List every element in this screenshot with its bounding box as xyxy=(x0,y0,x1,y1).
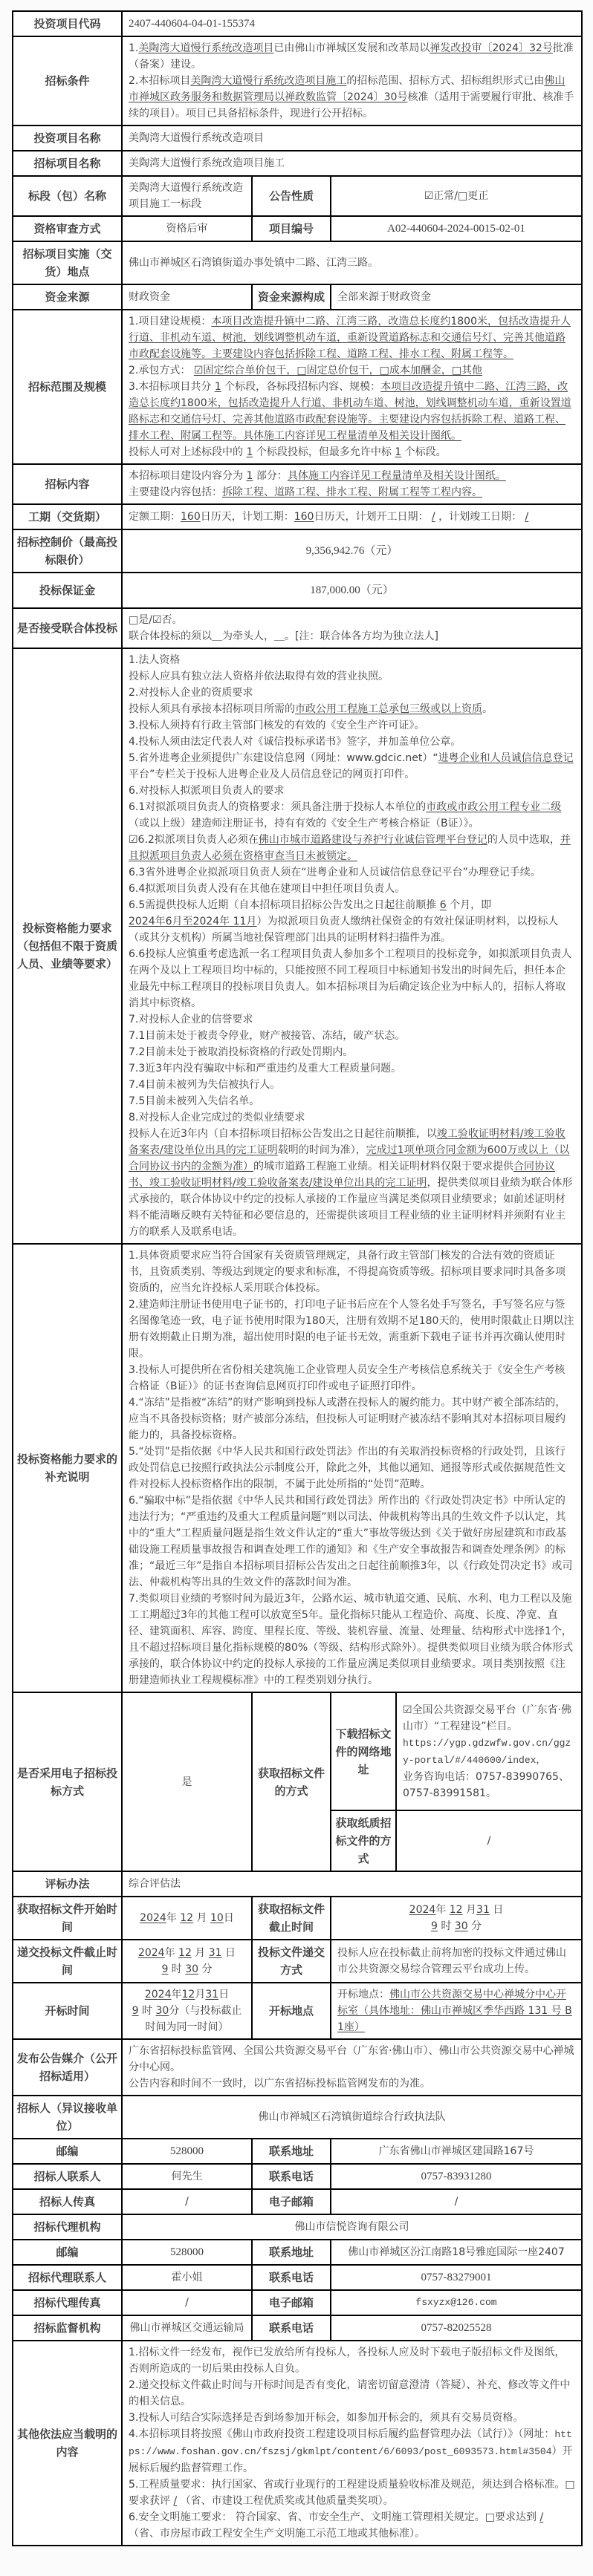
row-content: 招标内容 本招标项目建设内容分为 1 部分：具体施工内容详见工程量清单及相关设计… xyxy=(13,464,582,504)
duration-label: 工期（交货期） xyxy=(13,504,122,529)
capability-supplement-label: 投标资格能力要求的补充说明 xyxy=(13,1244,122,1692)
agency-value: 佛山市信悦咨询有限公司 xyxy=(122,2214,582,2240)
doc-obtain-method-cell: 下载招标文件的网络地址 ☑全国公共资源交易平台（广东省·佛山市）“工程建设”栏目… xyxy=(331,1692,582,1871)
section-name: 美陶湾大道慢行系统改造项目施工一标段 xyxy=(122,176,252,216)
announcement-nature-value: ☑正常/□更正 xyxy=(331,176,582,216)
fund-composition-value: 全部来源于财政资金 xyxy=(331,284,582,310)
agency-fax-value: / xyxy=(122,2290,252,2315)
content-value: 本招标项目建设内容分为 1 部分：具体施工内容详见工程量清单及相关设计图纸。主要… xyxy=(122,464,582,504)
consortium-value: □是/☑否。联合体投标的须以＿为牵头人，＿。[注：联合体各方均为独立法人] xyxy=(122,608,582,648)
row-tender-project-name: 招标项目名称 美陶湾大道慢行系统改造项目施工 xyxy=(13,151,582,176)
row-capability: 投标资格能力要求（包括但不限于资质人员、业绩等要求） 1.法人资格投标人应具有独… xyxy=(13,648,582,1244)
agency-zip-value: 528000 xyxy=(122,2240,252,2265)
paper-doc-label: 获取纸质招标文件的方式 xyxy=(331,1810,396,1871)
evaluation-method-value: 综合评估法 xyxy=(122,1871,582,1897)
agency-email-label: 电子邮箱 xyxy=(252,2290,331,2315)
agency-label: 招标代理机构 xyxy=(13,2214,122,2240)
row-capability-supplement: 投标资格能力要求的补充说明 1.具体资质要求应当符合国家有关资质管理规定，具备行… xyxy=(13,1244,582,1692)
investment-name-label: 投资项目名称 xyxy=(13,125,122,151)
tenderer-fax-value: / xyxy=(122,2189,252,2214)
control-price-label: 招标控制价（最高投标限价） xyxy=(13,529,122,573)
scope-label: 招标范围及规模 xyxy=(13,310,122,464)
row-agency-fax: 招标代理传真 / 电子邮箱 fsxyzx@126.com xyxy=(13,2290,582,2315)
investment-name-value: 美陶湾大道慢行系统改造项目 xyxy=(122,125,582,151)
fund-composition-label: 资金来源构成 xyxy=(252,284,331,310)
agency-contact-value: 霍小姐 xyxy=(122,2265,252,2290)
page: 投资项目代码 2407-440604-04-01-155374 招标条件 1.美… xyxy=(0,0,593,2576)
implementation-site-value: 佛山市禅城区石湾镇街道办事处镇中二路、江湾三路。 xyxy=(122,241,582,284)
tenderer-phone-label: 联系电话 xyxy=(252,2164,331,2189)
row-doc-obtain-time: 获取招标文件开始时间 2024年 12 月 10日 获取招标文件截止时间 202… xyxy=(13,1897,582,1940)
tender-conditions-label: 招标条件 xyxy=(13,36,122,125)
media-value: 广东省招标投标监管网、全国公共资源交易平台（广东省·佛山市）、佛山市公共资源交易… xyxy=(122,2039,582,2096)
row-tender-conditions: 招标条件 1.美陶湾大道慢行系统改造项目已由佛山市禅城区发展和改革局以禅发改投审… xyxy=(13,36,582,125)
row-control-price: 招标控制价（最高投标限价） 9,356,942.76（元） xyxy=(13,529,582,573)
qualification-review-value: 资格后审 xyxy=(122,216,252,241)
tender-announcement-table: 投资项目代码 2407-440604-04-01-155374 招标条件 1.美… xyxy=(12,10,583,2546)
row-duration: 工期（交货期） 定额工期：160日历天，计划工期：160日历天，计划开工日期： … xyxy=(13,504,582,529)
row-bid-opening: 开标时间 2024年12月31日9 时 30分（与投标截止时间为同一时间） 开标… xyxy=(13,1983,582,2039)
supervisor-label: 招标监督机构 xyxy=(13,2315,122,2341)
other-value: 1.招标文件一经发布，视作已发放给所有投标人，各投标人应及时下载电子版招标文件及… xyxy=(122,2341,582,2546)
section-label: 标段（包）名称 xyxy=(13,176,122,216)
row-doc-submit: 递交投标文件截止时间 2024年 12 月 31 日9 时 30 分 投标文件递… xyxy=(13,1940,582,1983)
tenderer-fax-label: 招标人传真 xyxy=(13,2189,122,2214)
agency-fax-label: 招标代理传真 xyxy=(13,2290,122,2315)
tenderer-contact-value: 何先生 xyxy=(122,2164,252,2189)
tenderer-phone-value: 0757-83931280 xyxy=(331,2164,582,2189)
row-evaluation-method: 评标办法 综合评估法 xyxy=(13,1871,582,1897)
electronic-bidding-label: 是否采用电子招标投标方式 xyxy=(13,1692,122,1871)
control-price-value: 9,356,942.76（元） xyxy=(122,529,582,573)
row-bid-bond: 投标保证金 187,000.00（元） xyxy=(13,573,582,608)
supervisor-phone-label: 联系电话 xyxy=(252,2315,331,2341)
duration-value: 定额工期：160日历天，计划工期：160日历天，计划开工日期： / ，计划竣工日… xyxy=(122,504,582,529)
project-number-label: 项目编号 xyxy=(252,216,331,241)
capability-value: 1.法人资格投标人应具有独立法人资格并依法取得有效的营业执照。2.对投标人企业的… xyxy=(122,648,582,1244)
row-tenderer-zip: 邮编 528000 联系地址 广东省佛山市禅城区建国路167号 xyxy=(13,2139,582,2164)
fund-source-label: 资金来源 xyxy=(13,284,122,310)
tender-project-name-label: 招标项目名称 xyxy=(13,151,122,176)
tenderer-zip-label: 邮编 xyxy=(13,2139,122,2164)
row-agency-zip: 邮编 528000 联系地址 佛山市禅城区汾江南路18号雅庭国际一座2407 xyxy=(13,2240,582,2265)
agency-address-label: 联系地址 xyxy=(252,2240,331,2265)
doc-obtain-start-label: 获取招标文件开始时间 xyxy=(13,1897,122,1940)
row-scope: 招标范围及规模 1.项目建设规模：本项目改造提升镇中二路、江湾三路，改造总长度约… xyxy=(13,310,582,464)
row-investment-code: 投资项目代码 2407-440604-04-01-155374 xyxy=(13,11,582,36)
bid-opening-time-value: 2024年12月31日9 时 30分（与投标截止时间为同一时间） xyxy=(122,1983,252,2039)
row-download-address: 下载招标文件的网络地址 ☑全国公共资源交易平台（广东省·佛山市）“工程建设”栏目… xyxy=(331,1693,581,1810)
agency-address-value: 佛山市禅城区汾江南路18号雅庭国际一座2407 xyxy=(331,2240,582,2265)
investment-code-value: 2407-440604-04-01-155374 xyxy=(122,11,582,36)
bid-opening-place-label: 开标地点 xyxy=(252,1983,331,2039)
row-qualification-review: 资格审查方式 资格后审 项目编号 A02-440604-2024-0015-02… xyxy=(13,216,582,241)
content-label: 招标内容 xyxy=(13,464,122,504)
row-tenderer: 招标人（异议接收单位） 佛山市禅城区石湾镇街道综合行政执法队 xyxy=(13,2096,582,2139)
row-other: 其他依法应当载明的内容 1.招标文件一经发布，视作已发放给所有投标人，各投标人应… xyxy=(13,2341,582,2546)
doc-obtain-start-value: 2024年 12 月 10日 xyxy=(122,1897,252,1940)
agency-zip-label: 邮编 xyxy=(13,2240,122,2265)
supervisor-value: 佛山市禅城区交通运输局 xyxy=(122,2315,252,2341)
tenderer-value: 佛山市禅城区石湾镇街道综合行政执法队 xyxy=(122,2096,582,2139)
doc-obtain-method-label: 获取招标文件的方式 xyxy=(252,1692,331,1871)
other-label: 其他依法应当载明的内容 xyxy=(13,2341,122,2546)
agency-contact-label: 招标代理联系人 xyxy=(13,2265,122,2290)
tender-project-name-value: 美陶湾大道慢行系统改造项目施工 xyxy=(122,151,582,176)
agency-email-value: fsxyzx@126.com xyxy=(331,2290,582,2315)
scope-value: 1.项目建设规模：本项目改造提升镇中二路、江湾三路，改造总长度约1800米，包括… xyxy=(122,310,582,464)
doc-obtain-end-value: 2024年 12 月31 日9 时 30 分 xyxy=(331,1897,582,1940)
agency-phone-label: 联系电话 xyxy=(252,2265,331,2290)
row-tenderer-fax: 招标人传真 / 电子邮箱 / xyxy=(13,2189,582,2214)
fund-source-value: 财政资金 xyxy=(122,284,252,310)
bid-opening-place-value: 开标地点：佛山市公共资源交易中心禅城分中心开标室（具体地址：佛山市禅城区季华西路… xyxy=(331,1983,582,2039)
submit-method-label: 投标文件递交方式 xyxy=(252,1940,331,1983)
bid-opening-time-label: 开标时间 xyxy=(13,1983,122,2039)
tenderer-address-label: 联系地址 xyxy=(252,2139,331,2164)
submit-deadline-label: 递交投标文件截止时间 xyxy=(13,1940,122,1983)
investment-code-label: 投资项目代码 xyxy=(13,11,122,36)
media-label: 发布公告媒介（公开招标适用） xyxy=(13,2039,122,2096)
row-agency-contact: 招标代理联系人 霍小姐 联系电话 0757-83279001 xyxy=(13,2265,582,2290)
supervisor-phone-value: 0757-82025528 xyxy=(331,2315,582,2341)
implementation-site-label: 招标项目实施（交货）地点 xyxy=(13,241,122,284)
row-supervisor: 招标监督机构 佛山市禅城区交通运输局 联系电话 0757-82025528 xyxy=(13,2315,582,2341)
qualification-review-label: 资格审查方式 xyxy=(13,216,122,241)
capability-label: 投标资格能力要求（包括但不限于资质人员、业绩等要求） xyxy=(13,648,122,1244)
tenderer-contact-label: 招标人联系人 xyxy=(13,2164,122,2189)
row-paper-doc: 获取纸质招标文件的方式 / xyxy=(331,1810,581,1871)
row-agency: 招标代理机构 佛山市信悦咨询有限公司 xyxy=(13,2214,582,2240)
announcement-nature-label: 公告性质 xyxy=(252,176,331,216)
download-address-label: 下载招标文件的网络地址 xyxy=(331,1693,396,1810)
evaluation-method-label: 评标办法 xyxy=(13,1871,122,1897)
row-consortium: 是否接受联合体投标 □是/☑否。联合体投标的须以＿为牵头人，＿。[注：联合体各方… xyxy=(13,608,582,648)
electronic-bidding-value: 是 xyxy=(122,1692,252,1871)
tenderer-label: 招标人（异议接收单位） xyxy=(13,2096,122,2139)
bid-bond-label: 投标保证金 xyxy=(13,573,122,608)
tenderer-email-label: 电子邮箱 xyxy=(252,2189,331,2214)
tenderer-email-value: / xyxy=(331,2189,582,2214)
row-media: 发布公告媒介（公开招标适用） 广东省招标投标监管网、全国公共资源交易平台（广东省… xyxy=(13,2039,582,2096)
row-section: 标段（包）名称 美陶湾大道慢行系统改造项目施工一标段 公告性质 ☑正常/□更正 xyxy=(13,176,582,216)
agency-phone-value: 0757-83279001 xyxy=(331,2265,582,2290)
paper-doc-value: / xyxy=(396,1810,581,1871)
row-electronic-bidding: 是否采用电子招标投标方式 是 获取招标文件的方式 下载招标文件的网络地址 ☑全国… xyxy=(13,1692,582,1871)
consortium-label: 是否接受联合体投标 xyxy=(13,608,122,648)
submit-method-value: 投标人应在投标截止前将加密的投标文件通过佛山市公共资源交易综合管理云平台成功上传… xyxy=(331,1940,582,1983)
tenderer-address-value: 广东省佛山市禅城区建国路167号 xyxy=(331,2139,582,2164)
doc-obtain-end-label: 获取招标文件截止时间 xyxy=(252,1897,331,1940)
project-number-value: A02-440604-2024-0015-02-01 xyxy=(331,216,582,241)
doc-obtain-method-inner-table: 下载招标文件的网络地址 ☑全国公共资源交易平台（广东省·佛山市）“工程建设”栏目… xyxy=(331,1693,581,1871)
capability-supplement-value: 1.具体资质要求应当符合国家有关资质管理规定，具备行政主管部门核发的合法有效的资… xyxy=(122,1244,582,1692)
row-tenderer-contact: 招标人联系人 何先生 联系电话 0757-83931280 xyxy=(13,2164,582,2189)
row-fund-source: 资金来源 财政资金 资金来源构成 全部来源于财政资金 xyxy=(13,284,582,310)
row-investment-name: 投资项目名称 美陶湾大道慢行系统改造项目 xyxy=(13,125,582,151)
download-address-value: ☑全国公共资源交易平台（广东省·佛山市）“工程建设”栏目。https://ygp… xyxy=(396,1693,581,1810)
bid-bond-value: 187,000.00（元） xyxy=(122,573,582,608)
row-implementation-site: 招标项目实施（交货）地点 佛山市禅城区石湾镇街道办事处镇中二路、江湾三路。 xyxy=(13,241,582,284)
tender-conditions-value: 1.美陶湾大道慢行系统改造项目已由佛山市禅城区发展和改革局以禅发改投审〔2024… xyxy=(122,36,582,125)
tenderer-zip-value: 528000 xyxy=(122,2139,252,2164)
submit-deadline-value: 2024年 12 月 31 日9 时 30 分 xyxy=(122,1940,252,1983)
